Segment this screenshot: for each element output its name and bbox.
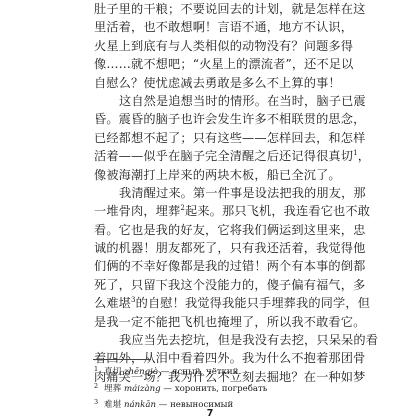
text-line: 们俩的不幸好像都是我的过错！两个有本事的倒都 bbox=[94, 257, 330, 275]
footnote-item: 2埋葬 máizàng — хоронить, погребать bbox=[94, 380, 354, 397]
text-segment: 么难堪 bbox=[94, 296, 131, 310]
text-line: 看。它也是我的好友，它将我们俩运到这里来，忠 bbox=[94, 221, 330, 239]
text-line: 已经都想不起了；只有这些——怎样回去，和怎样 bbox=[94, 129, 330, 147]
footnote-dash: — bbox=[163, 384, 172, 394]
text-line: 火星上到底有与人类相似的动物没有？问题多得 bbox=[94, 37, 330, 55]
footnote-meaning: хоронить, погребать bbox=[175, 384, 268, 394]
text-line: 一堆骨肉，埋葬2起来。那只飞机，我连看它也不敢 bbox=[94, 202, 330, 220]
text-segment: 活着——似乎在脑子完全清醒之后还记得很真切 bbox=[94, 149, 353, 163]
text-line: 么难堪3的自慰！我觉得我能只手埋葬我的同学，但 bbox=[94, 294, 330, 312]
text-line: 自慰么？使忧虑减去勇敢是多么不上算的事！ bbox=[94, 74, 330, 92]
footnote-dash: — bbox=[161, 367, 170, 377]
footnote-pinyin: máizàng bbox=[124, 384, 161, 394]
footnote-separator bbox=[93, 359, 151, 360]
book-page: 肚子里的干粮；不要说回去的计划，就是怎样在这里活着，也不敢想啊！言语不通，地方不… bbox=[0, 0, 420, 420]
text-line: 昏。震昏的脑子也许会发生许多不相联贯的思念， bbox=[94, 110, 330, 128]
text-line: 像被海潮打上岸来的两块木板，船已全沉了。 bbox=[94, 166, 330, 184]
text-line: 里活着，也不敢想啊！言语不通，地方不认识， bbox=[94, 18, 330, 36]
text-line: 我清醒过来。第一件事是设法把我的朋友，那 bbox=[94, 184, 330, 202]
footnote-number: 1 bbox=[94, 363, 104, 377]
text-segment: 起来。那只飞机，我连看它也不敢 bbox=[185, 204, 370, 218]
body-text: 肚子里的干粮；不要说回去的计划，就是怎样在这里活着，也不敢想啊！言语不通，地方不… bbox=[94, 0, 330, 386]
text-line: 肚子里的干粮；不要说回去的计划，就是怎样在这 bbox=[94, 0, 330, 18]
text-line: 诚的机器！朋友都死了，只有我还活着，我觉得他 bbox=[94, 239, 330, 257]
text-line: 我应当先去挖坑，但是我没有去挖，只呆呆的看 bbox=[94, 331, 330, 349]
footnotes: 1真切 zhēnqiè — ясный, чёткий2埋葬 máizàng —… bbox=[94, 363, 354, 413]
footnote-number: 2 bbox=[94, 380, 104, 394]
footnote-meaning: ясный, чёткий bbox=[172, 367, 238, 377]
text-line: 死了，只留下我这个没能力的，傻子偏有福气，多 bbox=[94, 276, 330, 294]
page-number: 7 bbox=[0, 408, 420, 419]
text-line: 活着——似乎在脑子完全清醒之后还记得很真切1， bbox=[94, 147, 330, 165]
footnote-item: 1真切 zhēnqiè — ясный, чёткий bbox=[94, 363, 354, 380]
text-line: 像……就不想吧；“火星上的漂流者”，还不足以 bbox=[94, 55, 330, 73]
text-segment: 一堆骨肉，埋葬 bbox=[94, 204, 180, 218]
text-segment: ， bbox=[358, 149, 370, 163]
footnote-hanzi: 埋葬 bbox=[104, 384, 121, 394]
text-segment: 的自慰！我觉得我能只手埋葬我的同学，但 bbox=[136, 296, 370, 310]
footnote-hanzi: 真切 bbox=[104, 367, 121, 377]
text-line: 这自然是追想当时的情形。在当时，脑子已震 bbox=[94, 92, 330, 110]
text-line: 是我一定不能把飞机也掩埋了，所以我不敢看它。 bbox=[94, 313, 330, 331]
footnote-pinyin: zhēnqiè bbox=[124, 367, 158, 377]
